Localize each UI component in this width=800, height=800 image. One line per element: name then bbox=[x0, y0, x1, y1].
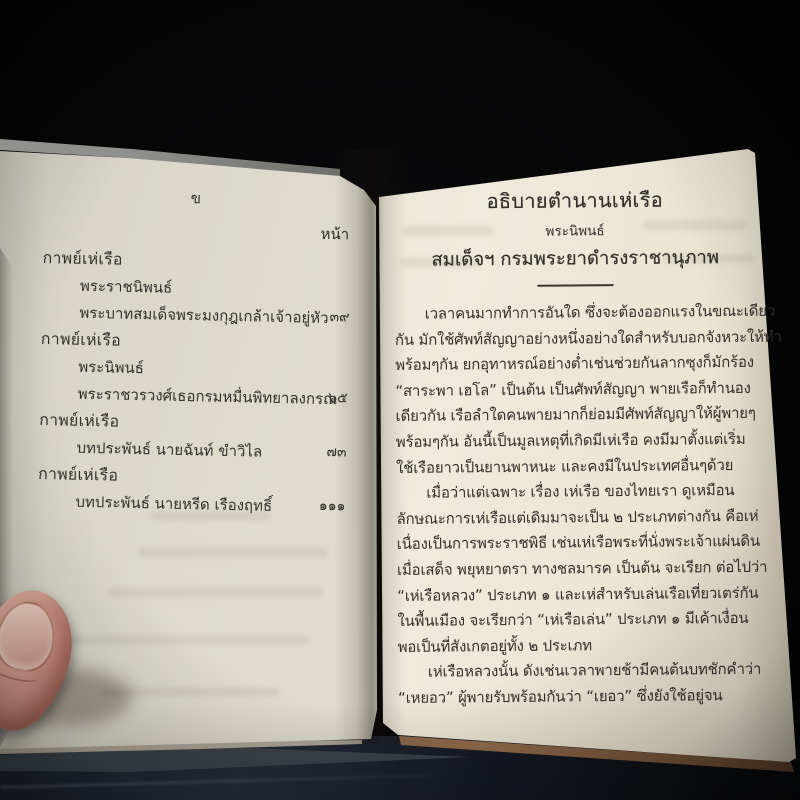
toc-page-number: ๓๙ bbox=[329, 306, 349, 328]
ghost-text-smudge bbox=[60, 636, 310, 644]
toc-row: กาพย์เห่เรือ bbox=[38, 246, 350, 277]
toc-row: พระบาทสมเด็จพระมงกุฎเกล้าเจ้าอยู่หัว๓๙ bbox=[37, 300, 349, 331]
text-line: พร้อมๆกัน อันนี้เป็นมูลเหตุที่เกิดมีเห่เ… bbox=[396, 427, 758, 454]
toc-row: กาพย์เห่เรือ bbox=[34, 462, 346, 493]
toc-page-number: ๗๓ bbox=[326, 441, 347, 463]
text-line: เดียวกัน เรือลำใดคนพายมากก็ย่อมมีศัพท์สั… bbox=[396, 401, 758, 428]
text-line: เมื่อเสด็จ พยุหยาตรา ทางชลมารค เป็นต้น จ… bbox=[397, 555, 759, 582]
text-line: ลักษณะการเห่เรือแต่เดิมมาจะเป็น ๒ ประเภท… bbox=[396, 504, 758, 531]
text-line: “สาระพา เฮโล” เป็นต้น เป็นศัพท์สัญญา พาย… bbox=[395, 376, 757, 403]
text-line: กัน มักใช้ศัพท์สัญญาอย่างหนึ่งอย่างใดสำห… bbox=[395, 324, 757, 351]
toc-page-number: ๖๕ bbox=[328, 387, 348, 409]
body-lines: เวลาคนมากทำการอันใด ซึ่งจะต้องออกแรงในขณ… bbox=[392, 0, 760, 720]
toc-row-text: พระราชนิพนธ์ bbox=[80, 274, 173, 300]
toc-row-text: กาพย์เห่เรือ bbox=[41, 327, 122, 354]
right-page-text: อธิบายตำนานเห่เรือ พระนิพนธ์ สมเด็จฯ กรม… bbox=[392, 0, 760, 720]
text-line: พร้อมๆกัน ยกอุทาหรณ์อย่างต่ำเช่นช่วยกันล… bbox=[395, 350, 757, 377]
ghost-text-smudge bbox=[108, 588, 323, 597]
text-line: เห่เรือหลวงนั้น ดังเช่นเวลาพายช้ามีคนต้น… bbox=[398, 657, 790, 684]
toc-row-text: กาพย์เห่เรือ bbox=[38, 462, 119, 489]
toc-row-text: พระบาทสมเด็จพระมงกุฎเกล้าเจ้าอยู่หัว bbox=[79, 301, 329, 330]
toc-row-text: กาพย์เห่เรือ bbox=[39, 408, 120, 435]
toc-row: พระนิพนธ์ bbox=[36, 354, 348, 385]
text-line: เวลาคนมากทำการอันใด ซึ่งจะต้องออกแรงในขณ… bbox=[395, 299, 787, 326]
toc-row: พระราชวรวงศ์เธอกรมหมื่นพิทยาลงกรณ๖๕ bbox=[36, 381, 348, 412]
toc-row: พระราชนิพนธ์ bbox=[38, 273, 350, 304]
text-line: “เห่เรือหลวง” ประเภท ๑ และเห่สำหรับเล่นเ… bbox=[397, 580, 759, 607]
toc-row-text: กาพย์เห่เรือ bbox=[42, 246, 123, 273]
toc-row: บทประพันธ์ นายฉันท์ ขำวิไล๗๓ bbox=[34, 435, 346, 466]
toc-row-text: บทประพันธ์ นายหรีด เรืองฤทธิ์ bbox=[75, 490, 272, 518]
left-page-text: ข หน้า กาพย์เห่เรือพระราชนิพนธ์พระบาทสมเ… bbox=[33, 0, 356, 546]
toc-row: กาพย์เห่เรือ bbox=[37, 327, 349, 358]
toc-row: บทประพันธ์ นายหรีด เรืองฤทธิ์๑๑๑ bbox=[33, 489, 345, 520]
text-line: ใช้เรือยาวเป็นยานพาหนะ และคงมีในประเทศอื… bbox=[396, 452, 758, 479]
text-line: “เหยอว” ผู้พายรับพร้อมกันว่า “เยอว” ซึ่ง… bbox=[398, 683, 760, 710]
text-line: เมื่อว่าแต่เฉพาะ เรื่อง เห่เรือ ของไทยเร… bbox=[396, 478, 788, 505]
toc-row-text: บทประพันธ์ นายฉันท์ ขำวิไล bbox=[76, 436, 262, 464]
toc-row-text: พระนิพนธ์ bbox=[78, 355, 144, 380]
toc-row-text: พระราชวรวงศ์เธอกรมหมื่นพิทยาลงกรณ bbox=[78, 382, 338, 411]
toc-page-number: ๑๑๑ bbox=[319, 495, 346, 518]
text-line: เนื่องเป็นการพระราชพิธี เช่นเห่เรือพระที… bbox=[397, 529, 759, 556]
book-photo: ข หน้า กาพย์เห่เรือพระราชนิพนธ์พระบาทสมเ… bbox=[0, 0, 800, 800]
text-line: ในพื้นเมือง จะเรียกว่า “เห่เรือเล่น” ประ… bbox=[397, 606, 759, 633]
text-line: พอเป็นที่สังเกตอยู่ทั้ง ๒ ประเภท bbox=[398, 632, 760, 659]
ghost-text-smudge bbox=[138, 548, 328, 557]
toc-row: กาพย์เห่เรือ bbox=[35, 408, 347, 439]
toc-rows: กาพย์เห่เรือพระราชนิพนธ์พระบาทสมเด็จพระม… bbox=[33, 0, 356, 546]
